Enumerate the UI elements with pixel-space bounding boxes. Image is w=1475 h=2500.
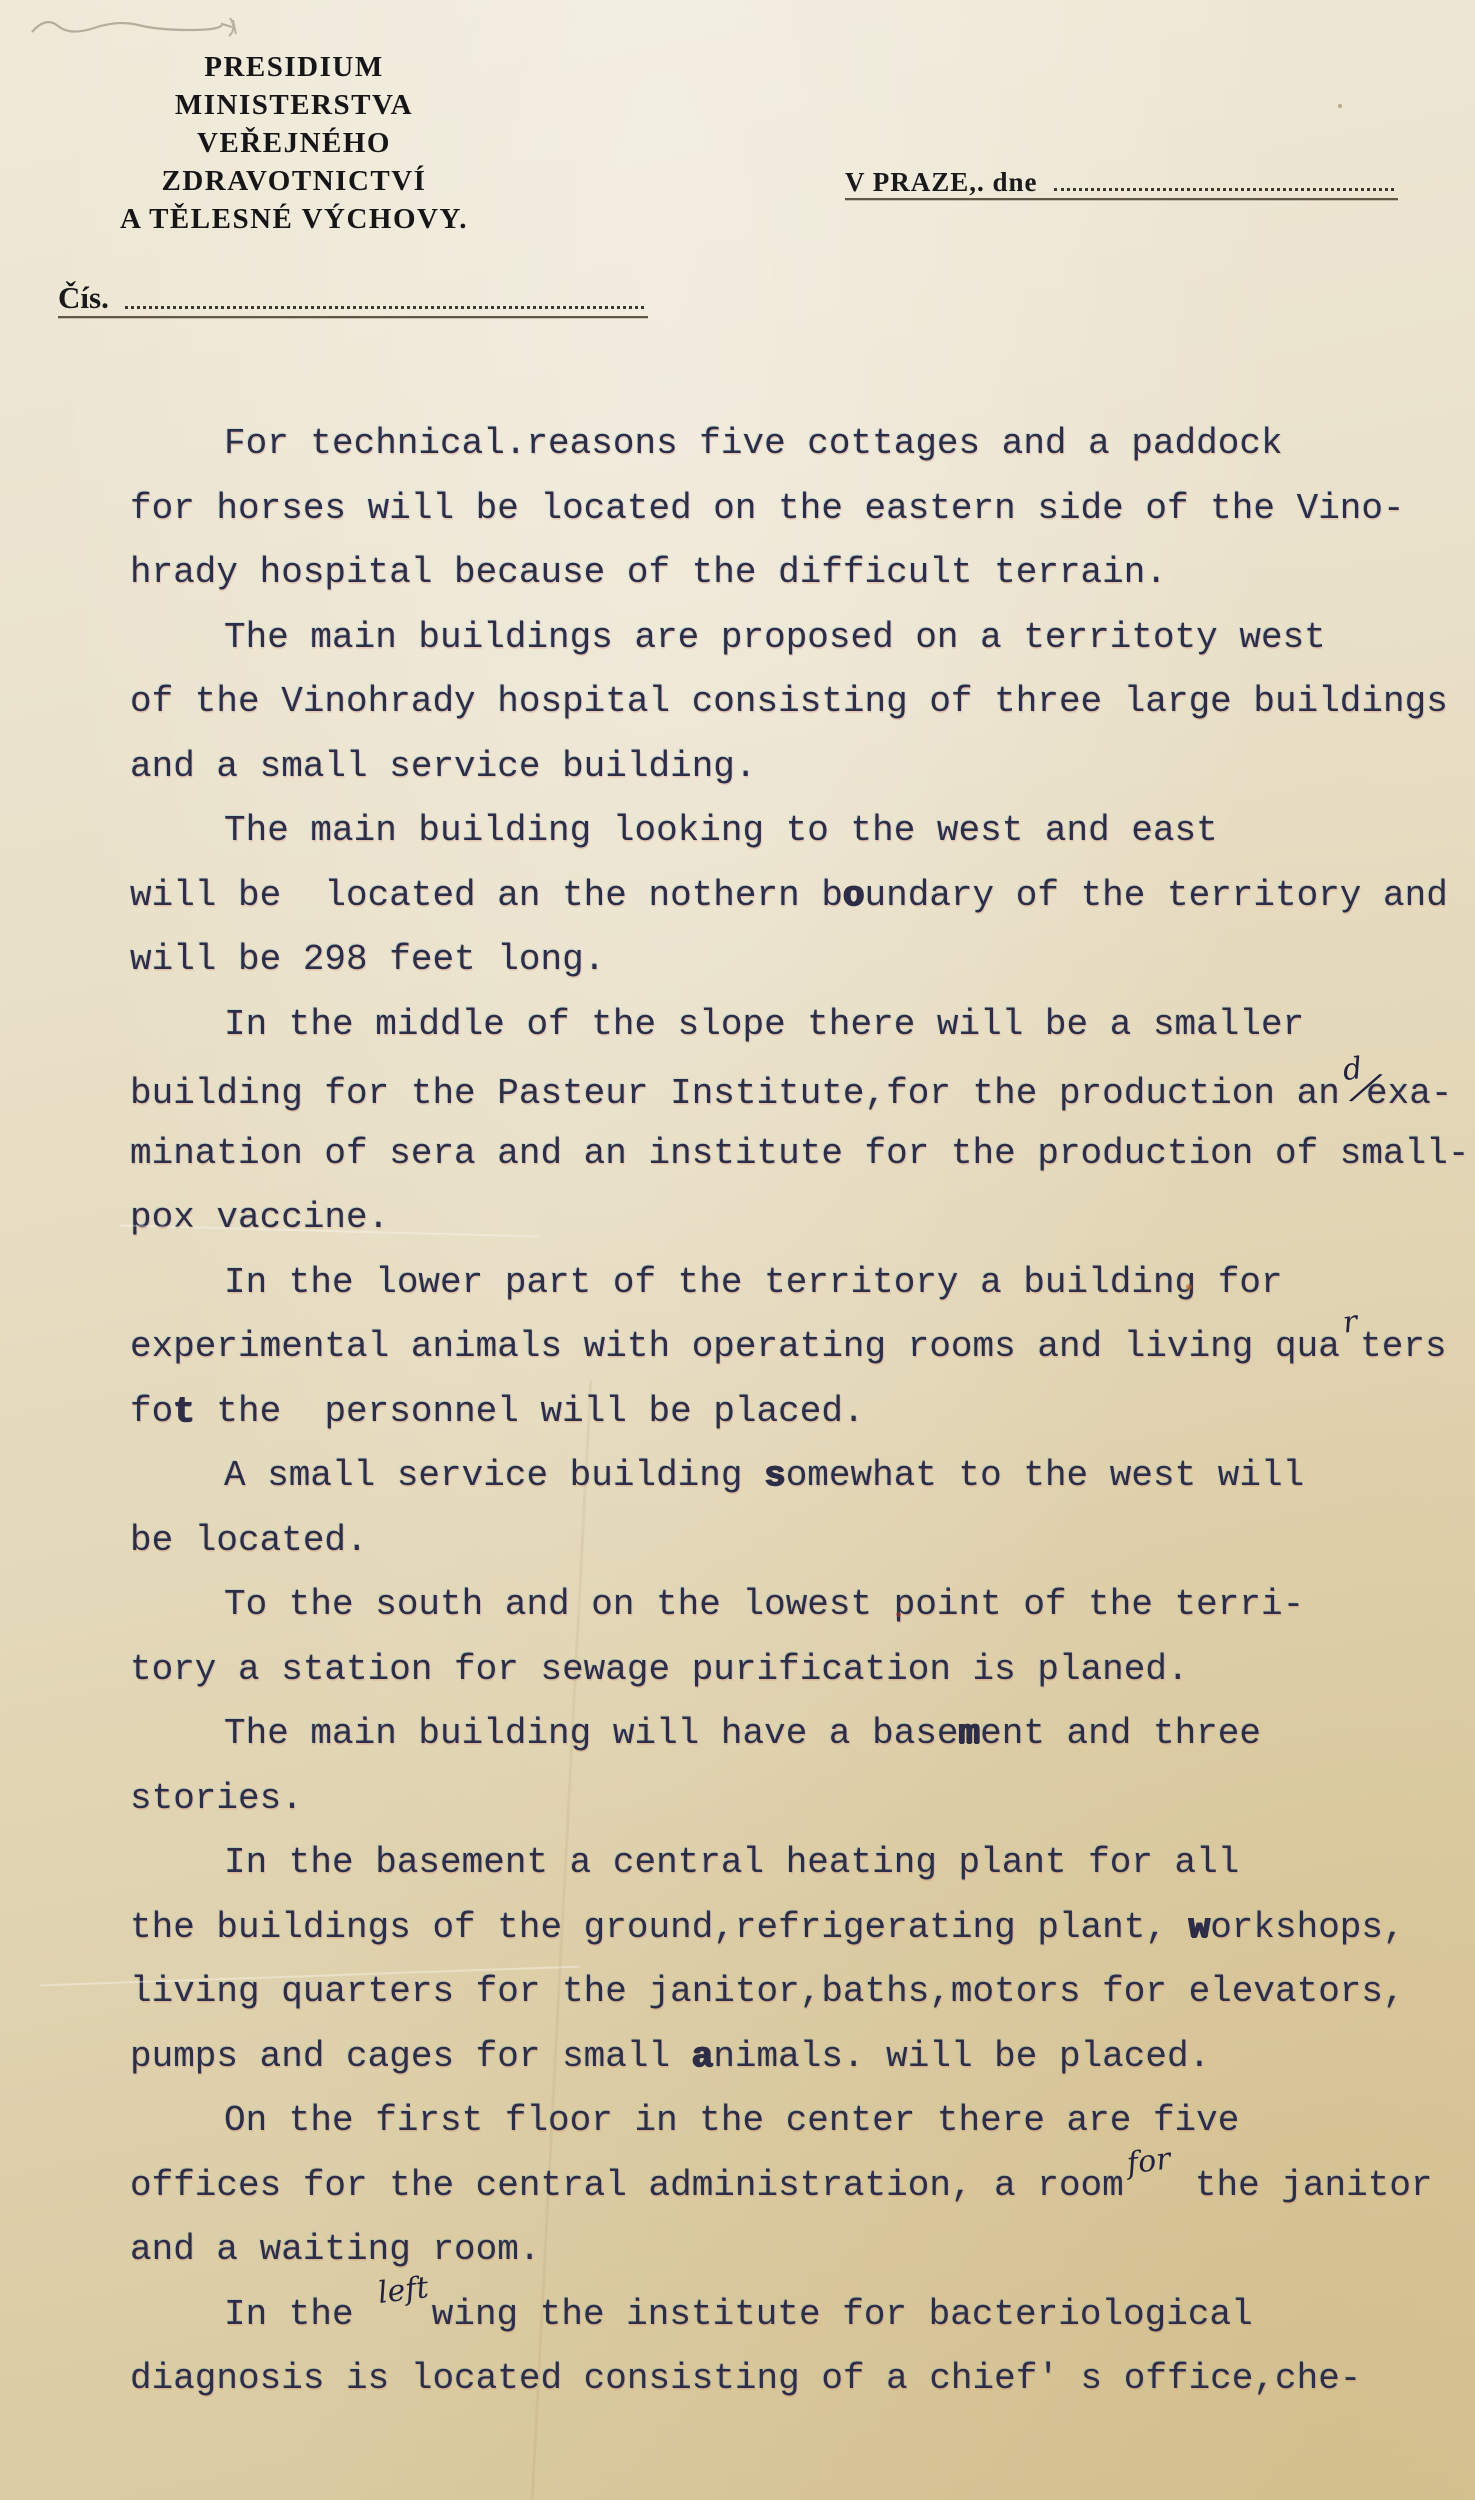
typed-text: On the first floor in the center there a… [224, 2100, 1239, 2141]
number-label: Čís. [58, 280, 109, 316]
typed-text: offices for the central administration, … [130, 2165, 1124, 2206]
typed-text: and a small service building. [130, 746, 757, 787]
letterhead-line: ZDRAVOTNICTVÍ [88, 162, 500, 200]
overstruck-text: t [173, 1391, 195, 1432]
typed-line: for horses will be located on the easter… [130, 477, 1475, 542]
typed-text: In the basement a central heating plant … [224, 1842, 1239, 1883]
place-date-label: V PRAZE,. dne [845, 167, 1038, 198]
typed-text: and a waiting room. [130, 2229, 540, 2270]
typed-line: fot the personnel will be placed. [130, 1380, 1475, 1445]
document-number-line: Čís. [58, 266, 648, 318]
handwritten-insertion: left [377, 2273, 431, 2309]
typed-line: A small service building somewhat to the… [130, 1444, 1475, 1509]
pencil-scribble [18, 2, 318, 50]
overstruck-text: o [843, 875, 865, 916]
typed-text: ters [1360, 1326, 1446, 1367]
typed-text: wing the institute for bacteriological [432, 2294, 1253, 2335]
typed-text: building for the Pasteur Institute,for t… [130, 1073, 1340, 1114]
typed-text: the personnel will be placed. [195, 1391, 865, 1432]
typed-line: The main building will have a basement a… [130, 1702, 1475, 1767]
typed-line: and a waiting room. [130, 2218, 1475, 2283]
letterhead-line: A TĚLESNÉ VÝCHOVY. [88, 200, 500, 238]
typed-text: stories. [130, 1778, 303, 1819]
letter-body: For technical.reasons five cottages and … [130, 412, 1475, 2412]
overstruck-text: a [692, 2036, 714, 2077]
place-date-line: V PRAZE,. dne [845, 148, 1398, 200]
typed-line: The main building looking to the west an… [130, 799, 1475, 864]
document-page: PRESIDIUM MINISTERSTVA VEŘEJNÉHO ZDRAVOT… [0, 0, 1475, 2500]
typed-line: pox vaccine. [130, 1186, 1475, 1251]
typed-text: diagnosis is located consisting of a chi… [130, 2358, 1361, 2399]
typed-line: and a small service building. [130, 735, 1475, 800]
letterhead: PRESIDIUM MINISTERSTVA VEŘEJNÉHO ZDRAVOT… [88, 48, 500, 238]
typed-text: for horses will be located on the easter… [130, 488, 1405, 529]
typed-text: In the [224, 2294, 375, 2335]
dotted-fill-line [1054, 188, 1394, 191]
typed-text: In the middle of the slope there will be… [224, 1004, 1304, 1045]
handwritten-insertion: d [1341, 1054, 1364, 1086]
typed-text: In the lower part of the territory a bui… [224, 1262, 1283, 1303]
typed-text: of the Vinohrady hospital consisting of … [130, 681, 1448, 722]
typed-text: the buildings of the ground,refrigeratin… [130, 1907, 1189, 1948]
letterhead-line: PRESIDIUM [88, 48, 500, 86]
typed-line: experimental animals with operating room… [130, 1315, 1475, 1380]
typed-line: The main buildings are proposed on a ter… [130, 606, 1475, 671]
overstruck-text: m [959, 1713, 981, 1754]
typed-text: omewhat to the west will [786, 1455, 1304, 1496]
typed-text: The main building looking to the west an… [224, 810, 1218, 851]
typed-line: hrady hospital because of the difficult … [130, 541, 1475, 606]
typed-line: mination of sera and an institute for th… [130, 1122, 1475, 1187]
typed-text: exa- [1366, 1073, 1452, 1114]
typed-text: A small service building [224, 1455, 764, 1496]
letterhead-line: MINISTERSTVA VEŘEJNÉHO [88, 86, 500, 162]
overstruck-text: w [1189, 1907, 1211, 1948]
typed-line: tory a station for sewage purification i… [130, 1638, 1475, 1703]
paper-speck [1338, 104, 1342, 108]
typed-line: will be located an the nothern boundary … [130, 864, 1475, 929]
typed-text: nimals. will be placed. [713, 2036, 1210, 2077]
typed-line: the buildings of the ground,refrigeratin… [130, 1896, 1475, 1961]
overstruck-text: s [764, 1455, 786, 1496]
typed-text: orkshops, [1210, 1907, 1404, 1948]
typed-text: pox vaccine. [130, 1197, 389, 1238]
typed-line: On the first floor in the center there a… [130, 2089, 1475, 2154]
typed-text: mination of sera and an institute for th… [130, 1133, 1469, 1174]
typed-line: building for the Pasteur Institute,for t… [130, 1057, 1475, 1122]
typed-text: For technical.reasons five cottages and … [224, 423, 1283, 464]
typed-line: In the basement a central heating plant … [130, 1831, 1475, 1896]
typed-text: The main building will have a base [224, 1713, 959, 1754]
typed-line: For technical.reasons five cottages and … [130, 412, 1475, 477]
typed-text: pumps and cages for small [130, 2036, 692, 2077]
typed-text: fo [130, 1391, 173, 1432]
typed-line: In the leftwing the institute for bacter… [130, 2283, 1475, 2348]
typed-line: pumps and cages for small animals. will … [130, 2025, 1475, 2090]
typed-line: will be 298 feet long. [130, 928, 1475, 993]
typed-text: will be 298 feet long. [130, 939, 605, 980]
typed-text: ent and three [980, 1713, 1261, 1754]
typed-text: To the south and on the lowest point of … [224, 1584, 1304, 1625]
typed-line: be located. [130, 1509, 1475, 1574]
typed-text: undary of the territory and [865, 875, 1448, 916]
typed-line: diagnosis is located consisting of a chi… [130, 2347, 1475, 2412]
typed-text: the janitor [1173, 2165, 1432, 2206]
typed-line: offices for the central administration, … [130, 2154, 1475, 2219]
typed-line: To the south and on the lowest point of … [130, 1573, 1475, 1638]
handwritten-insertion: for [1125, 2144, 1172, 2179]
typed-text: living quarters for the janitor,baths,mo… [130, 1971, 1405, 2012]
typed-line: stories. [130, 1767, 1475, 1832]
typed-text: The main buildings are proposed on a ter… [224, 617, 1326, 658]
typed-text: hrady hospital because of the difficult … [130, 552, 1167, 593]
typed-line: living quarters for the janitor,baths,mo… [130, 1960, 1475, 2025]
typed-text: experimental animals with operating room… [130, 1326, 1340, 1367]
typed-text: tory a station for sewage purification i… [130, 1649, 1189, 1690]
typed-line: In the lower part of the territory a bui… [130, 1251, 1475, 1316]
typed-line: In the middle of the slope there will be… [130, 993, 1475, 1058]
typed-text: be located. [130, 1520, 368, 1561]
typed-text: will be located an the nothern b [130, 875, 843, 916]
dotted-fill-line [125, 306, 644, 309]
typed-line: of the Vinohrady hospital consisting of … [130, 670, 1475, 735]
